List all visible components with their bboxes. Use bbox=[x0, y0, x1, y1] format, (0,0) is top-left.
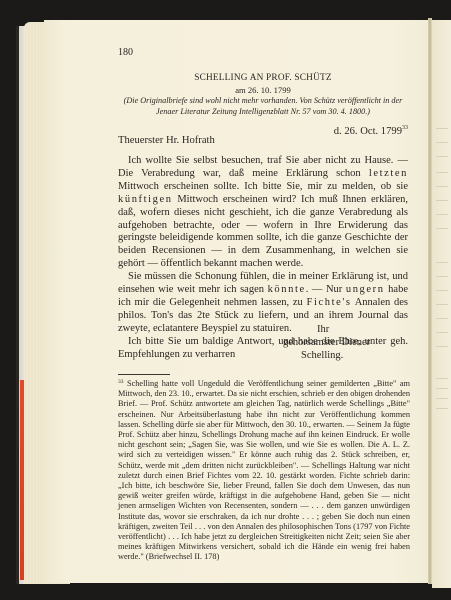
footnote-text: Schelling hatte voll Ungeduld die Veröff… bbox=[118, 379, 410, 561]
footnote-number: 33 bbox=[118, 379, 124, 385]
emphasized-text: Fichte's bbox=[307, 297, 352, 308]
text-segment: Mittwoch erscheinen wird? Ich muß Ihnen … bbox=[118, 194, 408, 270]
letter-date: d. 26. Oct. 179933 bbox=[334, 125, 408, 137]
emphasized-text: ungern bbox=[346, 284, 385, 295]
footnote-reference: 33 bbox=[402, 125, 408, 131]
paragraph: Sie müssen die Schonung fühlen, die in m… bbox=[118, 271, 408, 336]
letter-body: Ich wollte Sie selbst besuchen, traf Sie… bbox=[118, 155, 408, 362]
page-number: 180 bbox=[118, 47, 133, 58]
paragraph: Ich wollte Sie selbst besuchen, traf Sie… bbox=[118, 155, 408, 271]
letter-salutation: Theuerster Hr. Hofrath bbox=[118, 135, 215, 146]
footnote-divider bbox=[118, 374, 170, 375]
text-segment: . — Nur bbox=[306, 284, 346, 295]
closing-line: Ihr bbox=[317, 324, 329, 337]
editorial-note: (Die Originalbriefe sind wohl nicht mehr… bbox=[114, 95, 412, 117]
emphasized-text: letzten bbox=[369, 168, 408, 179]
text-segment: Ich wollte Sie selbst besuchen, traf Sie… bbox=[118, 155, 408, 179]
text-segment: Mittwoch erscheinen sollte. Ich bitte Si… bbox=[118, 181, 408, 192]
closing-line: gehorsamster Diener bbox=[283, 337, 370, 350]
emphasized-text: künftigen bbox=[118, 194, 173, 205]
footnote: 33 Schelling hatte voll Ungeduld die Ver… bbox=[118, 377, 410, 563]
letter-heading: SCHELLING AN PROF. SCHÜTZ bbox=[118, 73, 408, 83]
emphasized-text: könnte bbox=[268, 284, 306, 295]
letter-date-text: d. 26. Oct. 1799 bbox=[334, 126, 402, 137]
signature: Schelling. bbox=[301, 350, 343, 363]
letter-subheading: am 26. 10. 1799 bbox=[118, 85, 408, 95]
